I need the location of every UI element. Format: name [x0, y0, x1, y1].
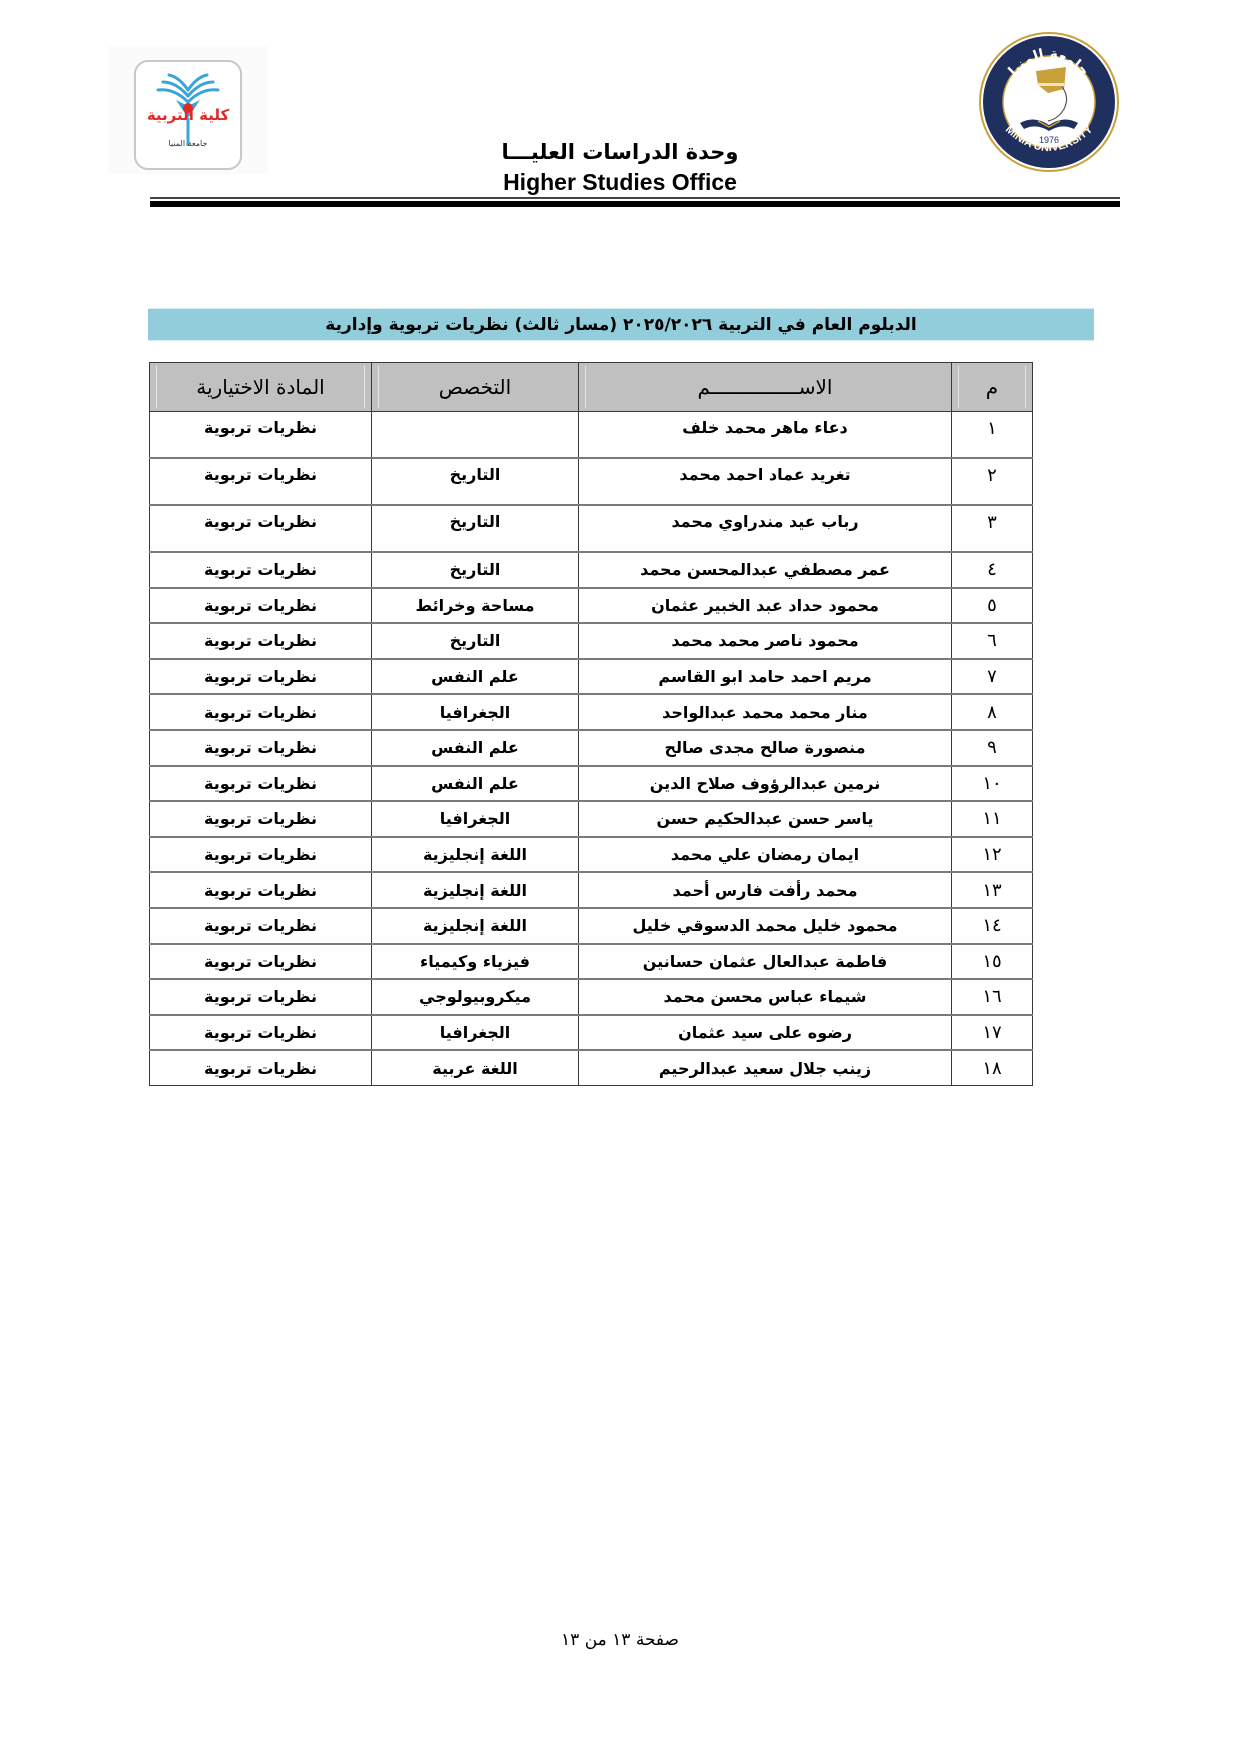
specialization: التاريخ — [372, 505, 579, 552]
elective-subject: نظريات تربوية — [150, 1015, 372, 1051]
elective-subject: نظريات تربوية — [150, 458, 372, 505]
student-name: زينب جلال سعيد عبدالرحيم — [579, 1050, 952, 1085]
specialization: اللغة إنجليزية — [372, 908, 579, 944]
row-number: ٢ — [952, 458, 1033, 505]
student-name: ياسر حسن عبدالحكيم حسن — [579, 801, 952, 837]
elective-subject: نظريات تربوية — [150, 766, 372, 802]
university-seal-icon: 1976 MINIA UNIVERSITY جامعة المنيا — [978, 31, 1120, 173]
specialization: علم النفس — [372, 659, 579, 695]
table-row: ١٢ ايمان رمضان علي محمد اللغة إنجليزية ن… — [150, 837, 1033, 873]
table-row: ١ دعاء ماهر محمد خلف نظريات تربوية — [150, 412, 1033, 459]
student-name: ايمان رمضان علي محمد — [579, 837, 952, 873]
student-name: تغريد عماد احمد محمد — [579, 458, 952, 505]
student-name: محمد رأفت فارس أحمد — [579, 872, 952, 908]
table-header-row: م الاســـــــــــــــم التخصص المادة الا… — [150, 363, 1033, 412]
office-title-english: Higher Studies Office — [400, 168, 840, 196]
elective-subject: نظريات تربوية — [150, 872, 372, 908]
student-name: منار محمد محمد عبدالواحد — [579, 694, 952, 730]
header-cell-border — [585, 366, 586, 408]
student-name: محمود حداد عبد الخبير عثمان — [579, 588, 952, 624]
table-row: ٩ منصورة صالح مجدى صالح علم النفس نظريات… — [150, 730, 1033, 766]
table-row: ٥ محمود حداد عبد الخبير عثمان مساحة وخرا… — [150, 588, 1033, 624]
minia-university-seal: 1976 MINIA UNIVERSITY جامعة المنيا — [978, 31, 1120, 173]
elective-subject: نظريات تربوية — [150, 505, 372, 552]
student-name: عمر مصطفي عبدالمحسن محمد — [579, 552, 952, 588]
elective-subject: نظريات تربوية — [150, 801, 372, 837]
specialization: الجغرافيا — [372, 801, 579, 837]
row-number: ١٠ — [952, 766, 1033, 802]
column-header-specialization-label: التخصص — [439, 375, 511, 399]
table-row: ٧ مريم احمد حامد ابو القاسم علم النفس نظ… — [150, 659, 1033, 695]
elective-subject: نظريات تربوية — [150, 979, 372, 1015]
elective-subject: نظريات تربوية — [150, 944, 372, 980]
student-name: رباب عيد مندراوي محمد — [579, 505, 952, 552]
elective-subject: نظريات تربوية — [150, 552, 372, 588]
table-row: ١٨ زينب جلال سعيد عبدالرحيم اللغة عربية … — [150, 1050, 1033, 1085]
column-header-number: م — [952, 363, 1033, 412]
table-row: ١١ ياسر حسن عبدالحكيم حسن الجغرافيا نظري… — [150, 801, 1033, 837]
row-number: ٣ — [952, 505, 1033, 552]
header-cell-border — [156, 366, 157, 408]
student-name: مريم احمد حامد ابو القاسم — [579, 659, 952, 695]
student-name: محمود ناصر محمد محمد — [579, 623, 952, 659]
column-header-specialization: التخصص — [372, 363, 579, 412]
column-header-elective-label: المادة الاختيارية — [196, 375, 325, 399]
column-header-name-label: الاســـــــــــــــم — [698, 375, 833, 399]
row-number: ٤ — [952, 552, 1033, 588]
specialization: ميكروبيولوجي — [372, 979, 579, 1015]
row-number: ١٣ — [952, 872, 1033, 908]
row-number: ٥ — [952, 588, 1033, 624]
specialization: التاريخ — [372, 458, 579, 505]
student-name: دعاء ماهر محمد خلف — [579, 412, 952, 459]
office-title-arabic: وحدة الدراسات العليـــا — [400, 139, 840, 165]
table-row: ٤ عمر مصطفي عبدالمحسن محمد التاريخ نظريا… — [150, 552, 1033, 588]
row-number: ١٢ — [952, 837, 1033, 873]
section-title: الدبلوم العام في التربية ٢٠٢٥/٢٠٢٦ (مسار… — [148, 308, 1094, 341]
row-number: ١٤ — [952, 908, 1033, 944]
header-rule-thin — [150, 197, 1120, 199]
elective-subject: نظريات تربوية — [150, 1050, 372, 1085]
elective-subject: نظريات تربوية — [150, 659, 372, 695]
specialization: الجغرافيا — [372, 1015, 579, 1051]
elective-subject: نظريات تربوية — [150, 730, 372, 766]
elective-subject: نظريات تربوية — [150, 412, 372, 459]
college-name: كلية التربية — [108, 106, 268, 124]
student-roster-table: م الاســـــــــــــــم التخصص المادة الا… — [149, 362, 1033, 1086]
elective-subject: نظريات تربوية — [150, 694, 372, 730]
student-name: محمود خليل محمد الدسوقي خليل — [579, 908, 952, 944]
column-header-name: الاســـــــــــــــم — [579, 363, 952, 412]
row-number: ١٦ — [952, 979, 1033, 1015]
header-cell-border — [364, 366, 365, 408]
specialization: اللغة إنجليزية — [372, 837, 579, 873]
student-name: فاطمة عبدالعال عثمان حسانين — [579, 944, 952, 980]
row-number: ١٨ — [952, 1050, 1033, 1085]
specialization: التاريخ — [372, 552, 579, 588]
specialization: علم النفس — [372, 730, 579, 766]
table-row: ٨ منار محمد محمد عبدالواحد الجغرافيا نظر… — [150, 694, 1033, 730]
header-cell-border — [958, 366, 959, 408]
specialization: الجغرافيا — [372, 694, 579, 730]
student-name: شيماء عباس محسن محمد — [579, 979, 952, 1015]
page-number: صفحة ١٣ من ١٣ — [420, 1628, 820, 1652]
table-row: ٦ محمود ناصر محمد محمد التاريخ نظريات تر… — [150, 623, 1033, 659]
column-header-number-label: م — [986, 375, 998, 399]
student-name: نرمين عبدالرؤوف صلاح الدين — [579, 766, 952, 802]
row-number: ٨ — [952, 694, 1033, 730]
table-row: ١٥ فاطمة عبدالعال عثمان حسانين فيزياء وك… — [150, 944, 1033, 980]
table-row: ٣ رباب عيد مندراوي محمد التاريخ نظريات ت… — [150, 505, 1033, 552]
table-row: ١٠ نرمين عبدالرؤوف صلاح الدين علم النفس … — [150, 766, 1033, 802]
row-number: ١١ — [952, 801, 1033, 837]
university-name-small: جامعة المنيا — [108, 139, 268, 148]
table-row: ١٣ محمد رأفت فارس أحمد اللغة إنجليزية نظ… — [150, 872, 1033, 908]
specialization: اللغة عربية — [372, 1050, 579, 1085]
specialization: اللغة إنجليزية — [372, 872, 579, 908]
row-number: ١٥ — [952, 944, 1033, 980]
specialization: التاريخ — [372, 623, 579, 659]
column-header-elective: المادة الاختيارية — [150, 363, 372, 412]
specialization: علم النفس — [372, 766, 579, 802]
row-number: ٩ — [952, 730, 1033, 766]
row-number: ١ — [952, 412, 1033, 459]
elective-subject: نظريات تربوية — [150, 908, 372, 944]
elective-subject: نظريات تربوية — [150, 588, 372, 624]
table-row: ١٤ محمود خليل محمد الدسوقي خليل اللغة إن… — [150, 908, 1033, 944]
row-number: ٦ — [952, 623, 1033, 659]
header-rule-thick — [150, 201, 1120, 207]
student-name: رضوه على سيد عثمان — [579, 1015, 952, 1051]
specialization — [372, 412, 579, 459]
elective-subject: نظريات تربوية — [150, 623, 372, 659]
header-cell-border — [1025, 366, 1026, 408]
row-number: ١٧ — [952, 1015, 1033, 1051]
header-cell-border — [378, 366, 379, 408]
table-row: ١٧ رضوه على سيد عثمان الجغرافيا نظريات ت… — [150, 1015, 1033, 1051]
student-name: منصورة صالح مجدى صالح — [579, 730, 952, 766]
row-number: ٧ — [952, 659, 1033, 695]
specialization: مساحة وخرائط — [372, 588, 579, 624]
specialization: فيزياء وكيمياء — [372, 944, 579, 980]
table-row: ١٦ شيماء عباس محسن محمد ميكروبيولوجي نظر… — [150, 979, 1033, 1015]
table-row: ٢ تغريد عماد احمد محمد التاريخ نظريات تر… — [150, 458, 1033, 505]
faculty-of-education-logo: كلية التربية جامعة المنيا — [108, 46, 268, 174]
elective-subject: نظريات تربوية — [150, 837, 372, 873]
